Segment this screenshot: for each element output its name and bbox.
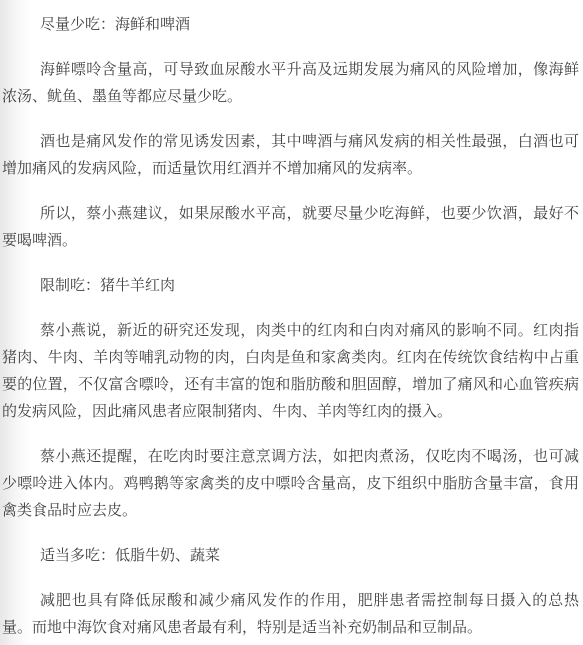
paragraph: 酒也是痛风发作的常见诱发因素，其中啤酒与痛风发病的相关性最强，白酒也可增加痛风的… (2, 128, 579, 182)
section-heading: 尽量少吃：海鲜和啤酒 (2, 11, 579, 38)
section-heading: 适当多吃：低脂牛奶、蔬菜 (2, 542, 579, 569)
paragraph: 所以，蔡小燕建议，如果尿酸水平高，就要尽量少吃海鲜，也要少饮酒，最好不要喝啤酒。 (2, 200, 579, 254)
section-heading: 限制吃：猪牛羊红肉 (2, 272, 579, 299)
paragraph: 蔡小燕说，新近的研究还发现，肉类中的红肉和白肉对痛风的影响不同。红肉指猪肉、牛肉… (2, 317, 579, 425)
paragraph: 蔡小燕还提醒，在吃肉时要注意烹调方法，如把肉煮汤，仅吃肉不喝汤，也可减少嘌呤进入… (2, 443, 579, 524)
article-body: 尽量少吃：海鲜和啤酒海鲜嘌呤含量高，可导致血尿酸水平升高及远期发展为痛风的风险增… (0, 0, 583, 641)
paragraph: 海鲜嘌呤含量高，可导致血尿酸水平升高及远期发展为痛风的风险增加，像海鲜浓汤、鱿鱼… (2, 56, 579, 110)
paragraph: 减肥也具有降低尿酸和减少痛风发作的作用，肥胖患者需控制每日摄入的总热量。而地中海… (2, 587, 579, 641)
article-page: 尽量少吃：海鲜和啤酒海鲜嘌呤含量高，可导致血尿酸水平升高及远期发展为痛风的风险增… (0, 0, 583, 645)
